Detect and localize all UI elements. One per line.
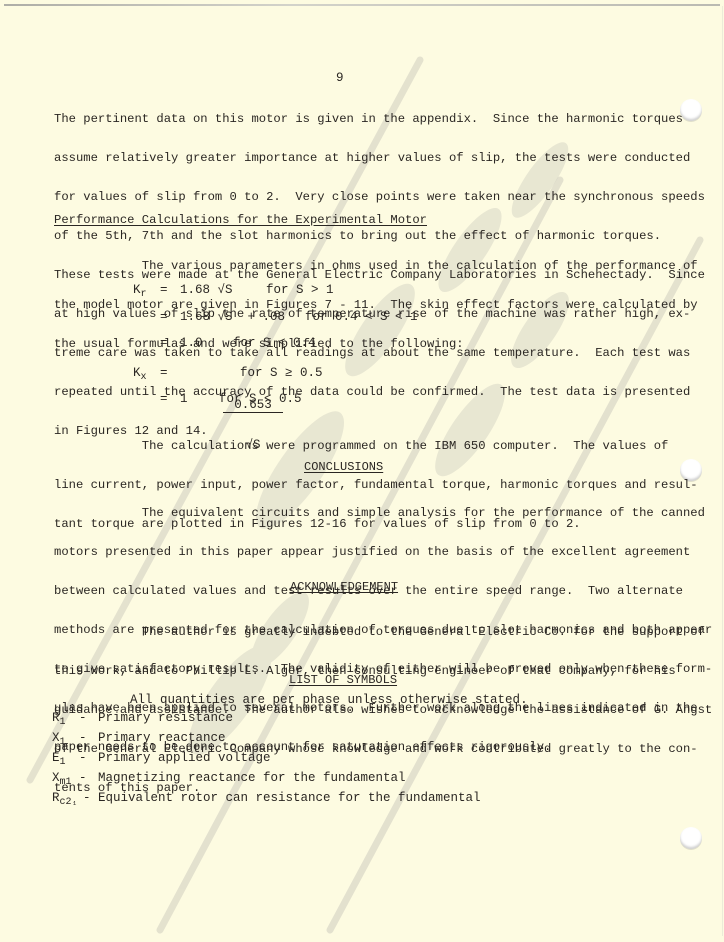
symbol-dash: - (79, 751, 87, 765)
page-top-edge (4, 4, 720, 6)
section-heading-performance: Performance Calculations for the Experim… (54, 214, 427, 227)
text-line: motors presented in this paper appear ju… (54, 546, 712, 559)
symbol-letter: R (52, 711, 60, 725)
text-line: the usual formulas and were simplified t… (54, 338, 698, 351)
symbol-letter: X (52, 771, 60, 785)
symbol-letter: R (52, 791, 60, 805)
document-page: 9 The pertinent data on this motor is gi… (0, 0, 724, 942)
symbol-subscript: 1 (60, 717, 66, 728)
page-right-edge (722, 6, 723, 936)
text-line: assume relatively greater importance at … (54, 152, 705, 165)
text-line: repeated until the accuracy of the data … (54, 386, 705, 399)
page-number: 9 (336, 71, 344, 85)
kr-symbol: K (133, 283, 141, 297)
symbol-subscript: 1 (60, 737, 66, 748)
symbol-dash: - (79, 731, 87, 745)
text-line: The pertinent data on this motor is give… (54, 113, 705, 126)
symbol-dash: - (79, 771, 87, 785)
symbol-dash: - (79, 711, 87, 725)
kr-label: Kr (133, 283, 147, 297)
kx-cond-2: for S < 0.5 (219, 392, 302, 406)
symbol-description: Magnetizing reactance for the fundamenta… (98, 771, 406, 785)
symbol-subscript: c2₁ (60, 797, 78, 808)
symbol-subscript: m1 (60, 777, 72, 788)
kr-expr-2: 1.68 √S + .08 (180, 310, 285, 324)
symbol-term: X1 (52, 731, 66, 745)
kr-cond-3: for S < 0.4 (233, 336, 316, 350)
binder-hole-bottom (680, 827, 702, 849)
symbol-term: R1 (52, 711, 66, 725)
section-heading-symbols: LIST OF SYMBOLS (289, 673, 397, 687)
eq-sign: = (160, 336, 168, 350)
kr-cond-1: for S > 1 (266, 283, 334, 297)
performance-paragraph: The various parameters in ohms used in t… (54, 234, 698, 377)
symbol-description: Primary resistance (98, 711, 233, 725)
symbol-description: Equivalent rotor can resistance for the … (98, 791, 481, 805)
kr-cond-2: for 0.4 < S < 1 (305, 310, 418, 324)
symbol-letter: X (52, 731, 60, 745)
symbol-term: Rc2₁ (52, 791, 78, 805)
kx-label: Kx (133, 366, 147, 380)
symbol-description: Primary applied voltage (98, 751, 271, 765)
kr-subscript: r (141, 289, 147, 300)
eq-sign: = (160, 310, 168, 324)
text-line: The calculations were programmed on the … (54, 440, 698, 453)
text-line: for values of slip from 0 to 2. Very clo… (54, 191, 705, 204)
kx-expr-2: 1 (180, 392, 188, 406)
kr-expr-3: 1.0 (180, 336, 203, 350)
kx-cond-1: for S ≥ 0.5 (240, 366, 323, 380)
section-heading-acknowledgement: ACKNOWLEDGEMENT (290, 580, 398, 594)
symbol-term: E1 (52, 751, 66, 765)
section-heading-conclusions: CONCLUSIONS (304, 460, 383, 474)
symbol-dash: - (83, 791, 91, 805)
eq-sign: = (160, 283, 168, 297)
symbol-letter: E (52, 751, 60, 765)
kx-subscript: x (141, 372, 147, 383)
eq-sign: = (160, 366, 168, 380)
symbols-note: All quantities are per phase unless othe… (130, 693, 528, 707)
kr-expr-1: 1.68 √S (180, 283, 233, 297)
eq-sign: = (160, 392, 168, 406)
text-line: The author is greatly indebted to the Ge… (54, 626, 712, 639)
symbol-term: Xm1 (52, 771, 72, 785)
text-line: The equivalent circuits and simple analy… (54, 507, 712, 520)
symbol-subscript: 1 (60, 757, 66, 768)
kx-symbol: K (133, 366, 141, 380)
symbol-description: Primary reactance (98, 731, 226, 745)
text-line: The various parameters in ohms used in t… (54, 260, 698, 273)
